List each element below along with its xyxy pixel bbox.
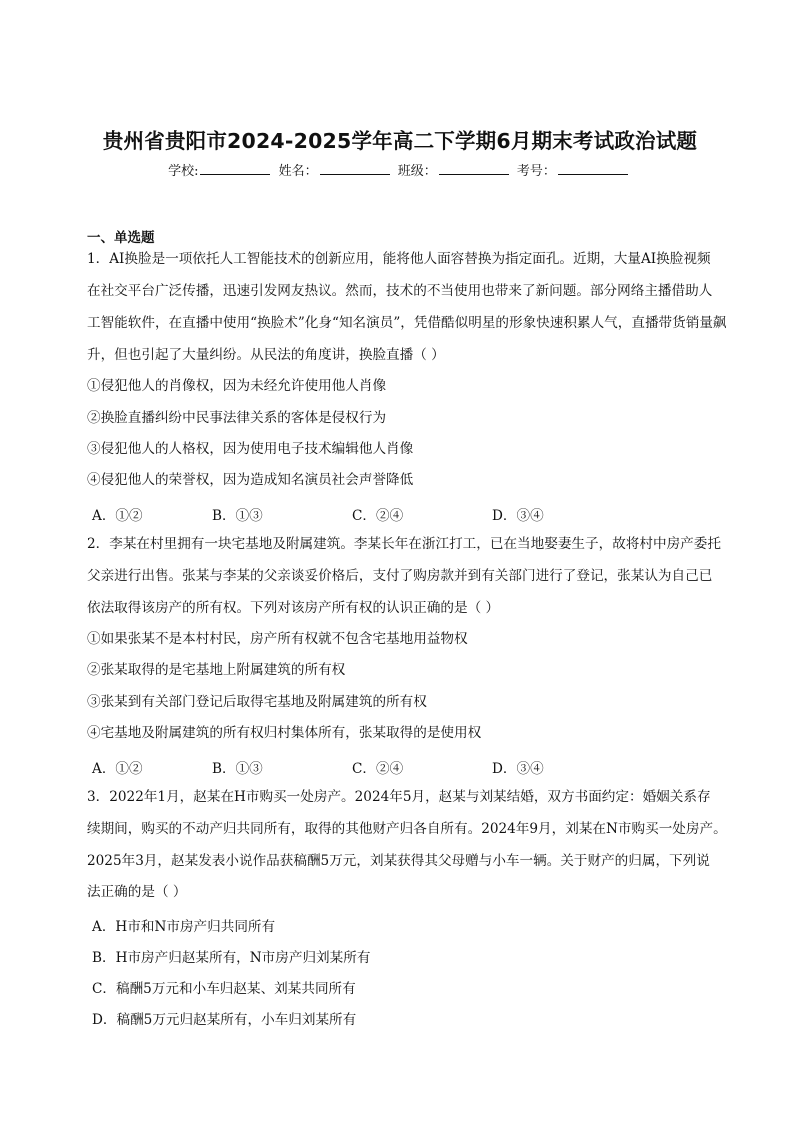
option-a[interactable]: A．①②: [92, 504, 143, 524]
option-b[interactable]: B．①③: [212, 504, 263, 524]
school-blank[interactable]: [200, 162, 270, 175]
question-text-line: 2025年3月，赵某发表小说作品获稿酬5万元，刘某获得其父母赠与小车一辆。关于财…: [87, 853, 710, 869]
question-text-line: 工智能软件，在直播中使用“换脸术”化身“知名演员”，凭借酷似明星的形象快速积累人…: [87, 315, 727, 331]
option-b[interactable]: B．H市房产归赵某所有，N市房产归刘某所有: [92, 946, 370, 966]
question-text-line: 法正确的是（ ）: [87, 884, 186, 900]
option-b[interactable]: B．①③: [212, 757, 263, 777]
question-text-line: 父亲进行出售。张某与李某的父亲谈妥价格后，支付了购房款并到有关部门进行了登记，张…: [87, 568, 712, 584]
statement: ①侵犯他人的肖像权，因为未经允许使用他人肖像: [87, 378, 386, 394]
statement: ④侵犯他人的荣誉权，因为造成知名演员社会声誉降低: [87, 472, 413, 488]
option-c[interactable]: C．稿酬5万元和小车归赵某、刘某共同所有: [92, 977, 356, 997]
question-text-line: 3．2022年1月，赵某在H市购买一处房产。2024年5月，赵某与刘某结婚，双方…: [87, 789, 711, 805]
question-text-line: 续期间，购买的不动产归共同所有，取得的其他财产归各自所有。2024年9月，刘某在…: [87, 821, 727, 837]
option-d[interactable]: D．③④: [492, 504, 544, 524]
option-c[interactable]: C．②④: [352, 757, 403, 777]
exam-number-label: 考号：: [517, 164, 556, 179]
question-text-line: 在社交平台广泛传播，迅速引发网友热议。然而，技术的不当使用也带来了新问题。部分网…: [87, 283, 712, 299]
question-text-line: 2．李某在村里拥有一块宅基地及附属建筑。李某长年在浙江打工，已在当地娶妻生子，故…: [87, 536, 721, 552]
question-text-line: 依法取得该房产的所有权。下列对该房产所有权的认识正确的是（ ）: [87, 600, 499, 616]
option-a[interactable]: A．①②: [92, 757, 143, 777]
student-info-row: 学校: 姓名： 班级： 考号：: [0, 160, 800, 179]
exam-number-blank[interactable]: [558, 162, 628, 175]
statement: ③张某到有关部门登记后取得宅基地及附属建筑的所有权: [87, 694, 427, 710]
option-a[interactable]: A．H市和N市房产归共同所有: [92, 915, 275, 935]
option-d[interactable]: D．③④: [492, 757, 544, 777]
class-blank[interactable]: [439, 162, 509, 175]
statement: ②张某取得的是宅基地上附属建筑的所有权: [87, 662, 345, 678]
question-text-line: 1．AI换脸是一项依托人工智能技术的创新应用，能将他人面容替换为指定面孔。近期，…: [87, 251, 711, 267]
statement: ④宅基地及附属建筑的所有权归村集体所有，张某取得的是使用权: [87, 725, 481, 741]
option-c[interactable]: C．②④: [352, 504, 403, 524]
section-heading: 一、单选题: [87, 226, 155, 246]
name-blank[interactable]: [320, 162, 390, 175]
question-text-line: 升，但也引起了大量纠纷。从民法的角度讲，换脸直播（ ）: [87, 347, 445, 363]
exam-page: 贵州省贵阳市2024-2025学年高二下学期6月期末考试政治试题 学校: 姓名：…: [0, 0, 800, 1131]
option-d[interactable]: D．稿酬5万元归赵某所有，小车归刘某所有: [92, 1008, 356, 1028]
statement: ②换脸直播纠纷中民事法律关系的客体是侵权行为: [87, 410, 386, 426]
class-label: 班级：: [398, 164, 437, 179]
statement: ①如果张某不是本村村民，房产所有权就不包含宅基地用益物权: [87, 631, 468, 647]
name-label: 姓名：: [279, 164, 318, 179]
exam-title: 贵州省贵阳市2024-2025学年高二下学期6月期末考试政治试题: [0, 124, 800, 154]
statement: ③侵犯他人的人格权，因为使用电子技术编辑他人肖像: [87, 441, 413, 457]
school-label: 学校:: [168, 164, 198, 179]
